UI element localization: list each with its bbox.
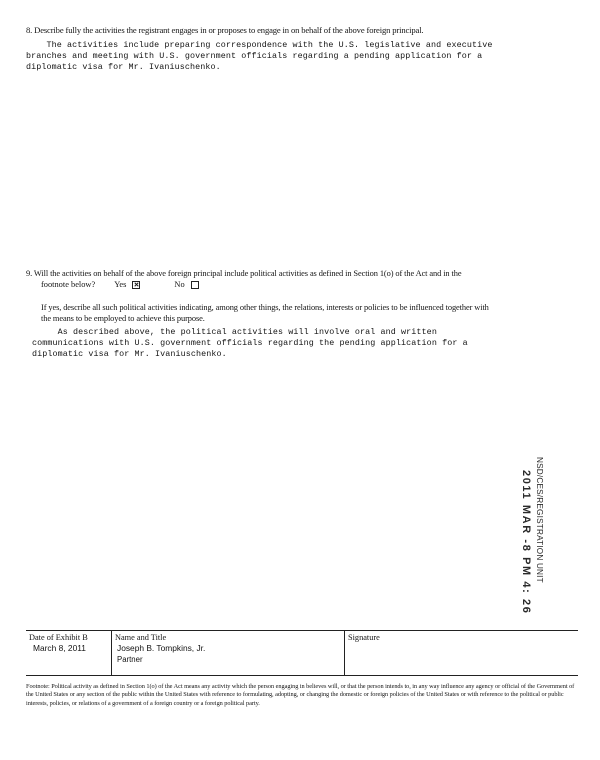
question-9-label: 9. Will the activities on behalf of the … [26,268,461,280]
question-8-label: 8. Describe fully the activities the reg… [26,25,423,35]
no-label: No [174,280,184,289]
signature-table: Date of Exhibit B March 8, 2011 Name and… [26,630,578,676]
yes-label: Yes [114,280,126,289]
signature-label: Signature [348,633,575,643]
question-9-if-yes-prompt: If yes, describe all such political acti… [41,302,489,325]
name-title-label: Name and Title [115,633,341,643]
registration-stamp: NSD/CES/REGISTRATION UNIT 2011 MAR -8 PM… [500,455,550,635]
footnote: Footnote: Political activity as defined … [26,683,578,708]
name-title-cell: Name and Title Joseph B. Tompkins, Jr. P… [112,631,345,675]
yes-checkbox[interactable] [132,281,140,289]
stamp-unit-text: NSD/CES/REGISTRATION UNIT [535,457,544,583]
title-value: Partner [115,655,341,665]
question-9-answer: As described above, the political activi… [32,327,468,359]
name-value: Joseph B. Tompkins, Jr. [115,643,341,653]
date-value: March 8, 2011 [29,643,108,653]
question-9-label-continued: footnote below? [41,280,95,289]
date-label: Date of Exhibit B [29,633,108,643]
signature-cell[interactable]: Signature [345,631,578,675]
no-checkbox[interactable] [191,281,199,289]
stamp-datetime-text: 2011 MAR -8 PM 4: 26 [520,470,532,615]
date-cell: Date of Exhibit B March 8, 2011 [26,631,112,675]
question-8-answer: The activities include preparing corresp… [26,40,492,72]
question-9-options: footnote below? Yes No [41,280,199,289]
